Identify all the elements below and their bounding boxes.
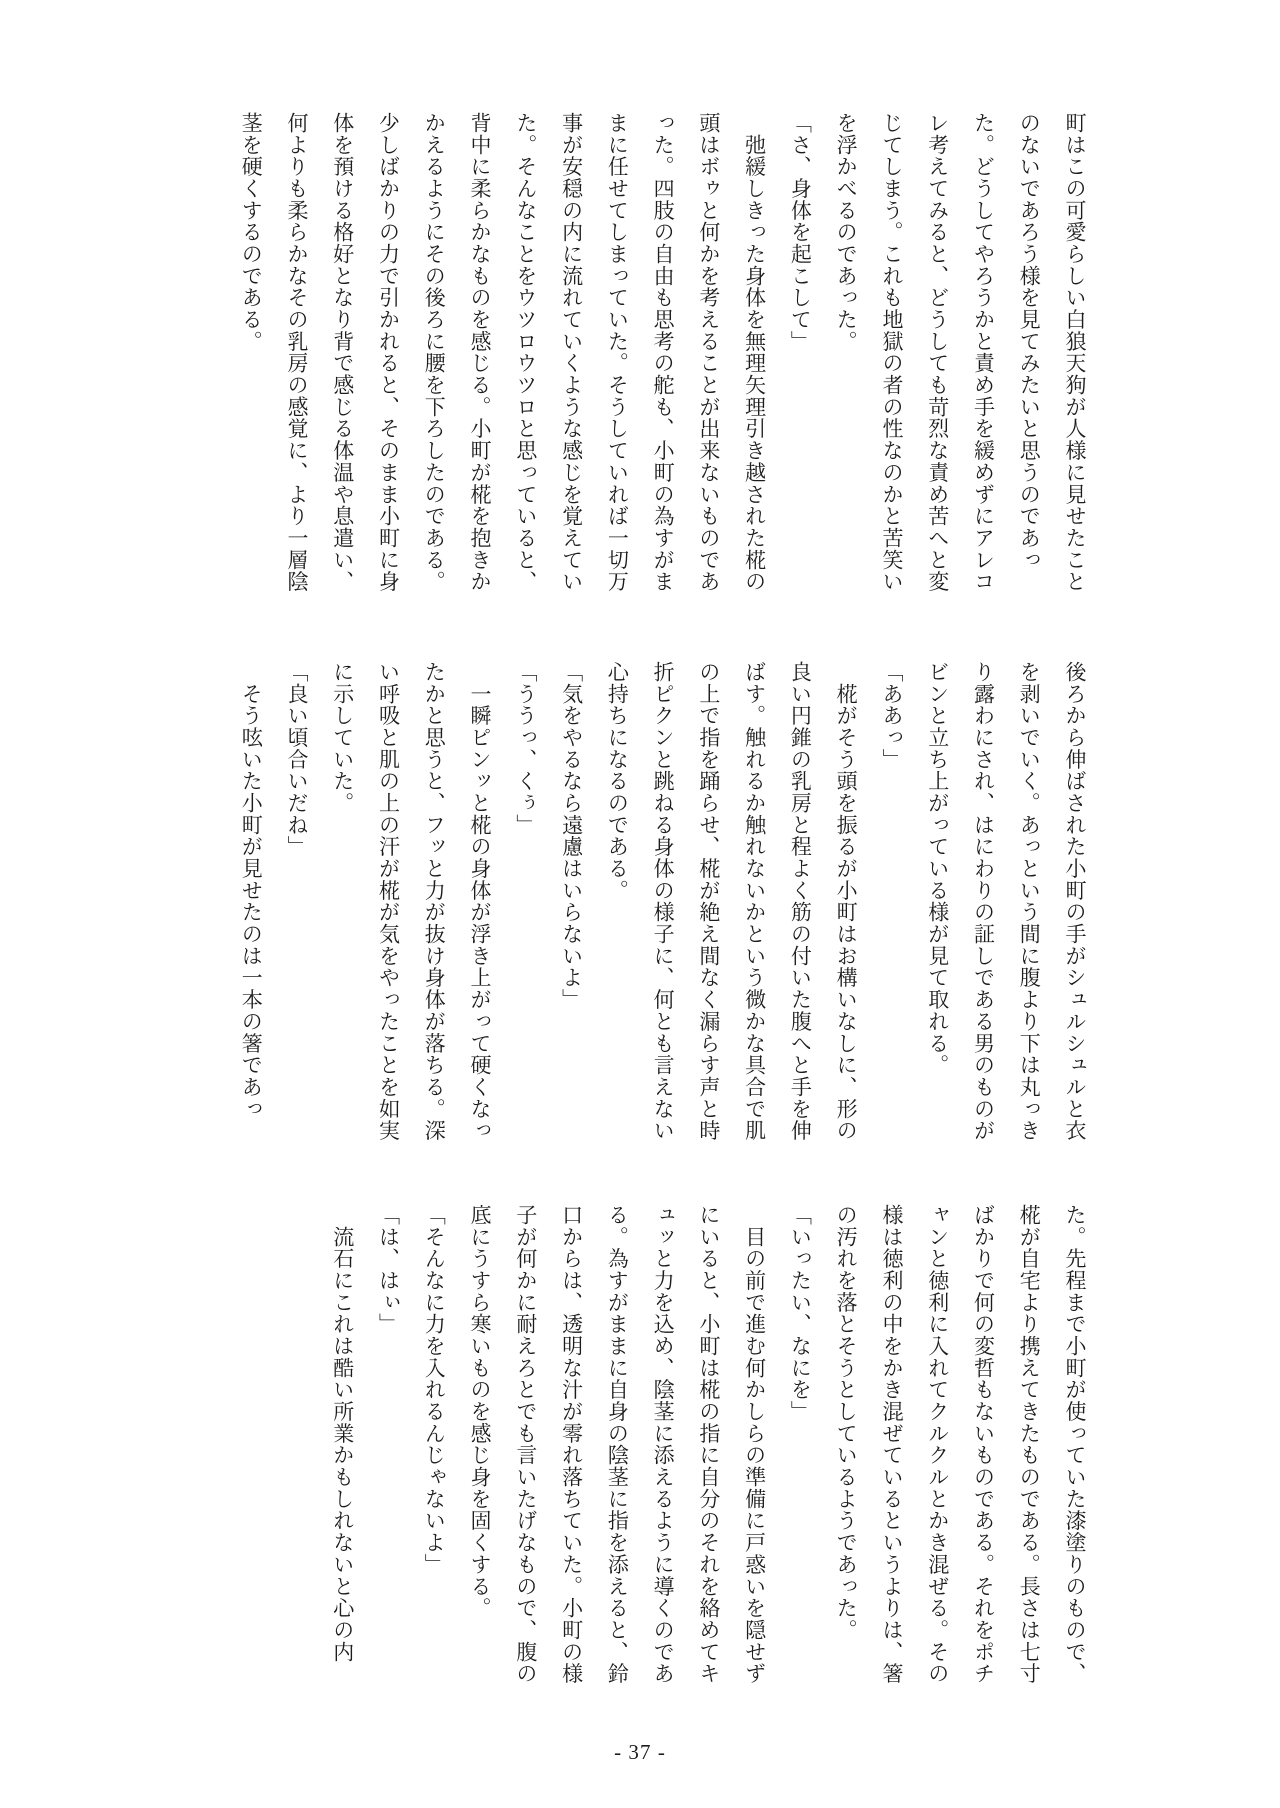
paragraph: 流石にこれは酷い所業かもしれないと心の内	[319, 1204, 365, 1686]
dialogue-line: 「いったい、なにを」	[777, 1204, 823, 1686]
dialogue-line: 「は、はぃ」	[365, 1204, 411, 1686]
paragraph: 後ろから伸ばされた小町の手がシュルシュルと衣を剥いでいく。あっという間に腹より下…	[914, 661, 1097, 1143]
paragraph: 目の前で進む何かしらの準備に戸惑いを隠せずにいると、小町は椛の指に自分のそれを絡…	[456, 1204, 776, 1686]
page-number: - 37 -	[0, 1740, 1280, 1765]
dialogue-line: 「そんなに力を入れるんじゃないよ」	[411, 1204, 457, 1686]
paragraph: 椛がそう頭を振るが小町はお構いなしに、形の良い円錐の乳房と程よく筋の付いた腹へと…	[594, 661, 869, 1143]
paragraph: そう呟いた小町が見せたのは一本の箸であっ	[227, 661, 273, 1143]
paragraph: 町はこの可愛らしい白狼天狗が人様に見せたことのないであろう様を見てみたいと思うの…	[822, 112, 1097, 594]
text-band-top: 町はこの可愛らしい白狼天狗が人様に見せたことのないであろう様を見てみたいと思うの…	[185, 112, 1097, 594]
dialogue-line: 「さ、身体を起こして」	[777, 112, 823, 594]
text-band-bottom: た。先程まで小町が使っていた漆塗りのもので、椛が自宅より携えてきたものである。長…	[185, 1204, 1097, 1686]
text-band-middle: 後ろから伸ばされた小町の手がシュルシュルと衣を剥いでいく。あっという間に腹より下…	[185, 661, 1097, 1143]
dialogue-line: 「ううっ、くぅ」	[502, 661, 548, 1143]
dialogue-line: 「良い頃合いだね」	[273, 661, 319, 1143]
paragraph: 弛緩しきった身体を無理矢理引き越された椛の頭はボゥと何かを考えることが出来ないも…	[227, 112, 776, 594]
paragraph: た。先程まで小町が使っていた漆塗りのもので、椛が自宅より携えてきたものである。長…	[822, 1204, 1097, 1686]
dialogue-line: 「ああっ」	[868, 661, 914, 1143]
paragraph: 一瞬ピンッと椛の身体が浮き上がって硬くなったかと思うと、フッと力が抜け身体が落ち…	[319, 661, 502, 1143]
dialogue-line: 「気をやるなら遠慮はいらないよ」	[548, 661, 594, 1143]
page: 町はこの可愛らしい白狼天狗が人様に見せたことのないであろう様を見てみたいと思うの…	[0, 0, 1280, 1808]
